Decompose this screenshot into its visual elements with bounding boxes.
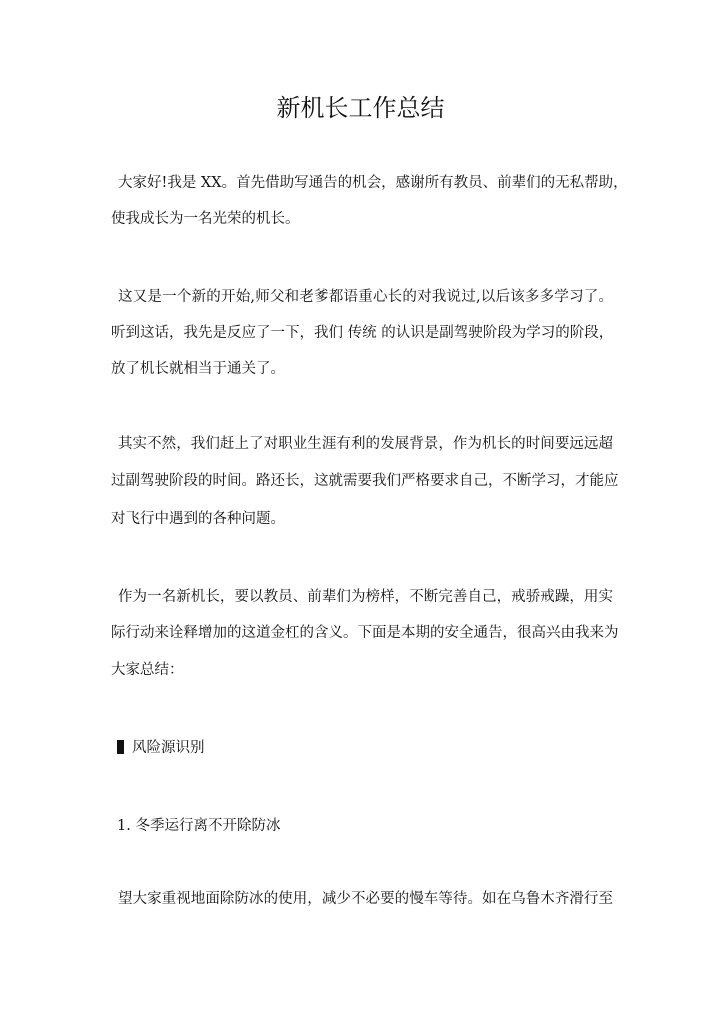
paragraph-line: 作为一名新机长，要以教员、前辈们为榜样，不断完善自己，戒骄戒躁，用实 bbox=[118, 587, 613, 607]
section-heading: 风险源识别 bbox=[117, 738, 205, 758]
paragraph-line: 这又是一个新的开始,师父和老爹都语重心长的对我说过,以后该多多学习了。 bbox=[118, 287, 613, 307]
list-item-1: 1. 冬季运行离不开除防冰 bbox=[117, 816, 280, 836]
paragraph-line: 对飞行中遇到的各种问题。 bbox=[111, 509, 613, 529]
paragraph-line: 其实不然，我们赶上了对职业生涯有利的发展背景，作为机长的时间要远远超 bbox=[118, 434, 613, 454]
paragraph-line: 使我成长为一名光荣的机长。 bbox=[111, 209, 613, 229]
square-bullet-icon bbox=[117, 740, 124, 754]
section-heading-text: 风险源识别 bbox=[132, 740, 205, 756]
document-page: 新机长工作总结 大家好!我是 XX。首先借助写通告的机会，感谢所有教员、前辈们的… bbox=[0, 0, 721, 1020]
paragraph-line: 听到这话，我先是反应了一下，我们 传统 的认识是副驾驶阶段为学习的阶段， bbox=[111, 323, 613, 343]
paragraph-line: 望大家重视地面除防冰的使用，减少不必要的慢车等待。如在乌鲁木齐滑行至 bbox=[118, 889, 613, 909]
document-title: 新机长工作总结 bbox=[0, 88, 721, 123]
paragraph-line: 大家好!我是 XX。首先借助写通告的机会，感谢所有教员、前辈们的无私帮助， bbox=[118, 173, 613, 193]
paragraph-line: 过副驾驶阶段的时间。路还长，这就需要我们严格要求自己，不断学习，才能应 bbox=[111, 471, 613, 491]
paragraph-line: 际行动来诠释增加的这道金杠的含义。下面是本期的安全通告，很高兴由我来为 bbox=[111, 623, 613, 643]
paragraph-line: 放了机长就相当于通关了。 bbox=[111, 359, 613, 379]
paragraph-line: 大家总结： bbox=[111, 660, 613, 680]
